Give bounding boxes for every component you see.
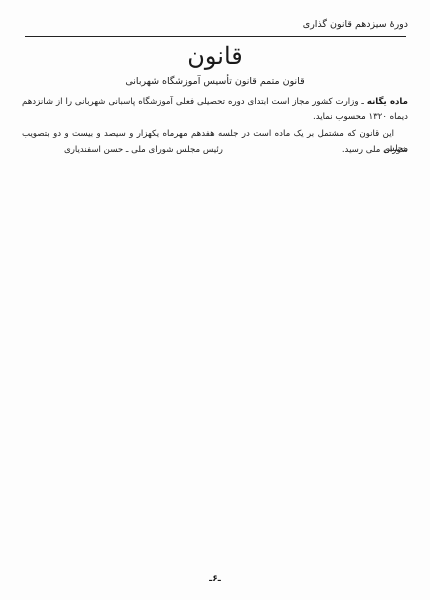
header-rule [25,36,406,37]
article-label: ماده یگانه [367,97,408,107]
article-single: ماده یگانه ـ وزارت کشور مجاز است ابتدای … [22,95,408,125]
article-separator: ـ [358,97,366,107]
running-header: دورهٔ سیزدهم قانون گذاری [303,19,408,31]
law-title: قانون [0,41,430,71]
article-text: وزارت کشور مجاز است ابتدای دوره تحصیلی ف… [22,97,408,122]
signature: رئیس مجلس شورای ملی ـ حسن اسفندیاری [64,143,223,158]
law-subtitle: قانون متمم قانون تأسیس آموزشگاه شهربانی [0,75,430,88]
page-number: ـ۶ـ [0,573,430,585]
closing-paragraph-end: شورای ملی رسید. [342,143,408,158]
document-page: دورهٔ سیزدهم قانون گذاری قانون قانون متم… [0,0,430,600]
